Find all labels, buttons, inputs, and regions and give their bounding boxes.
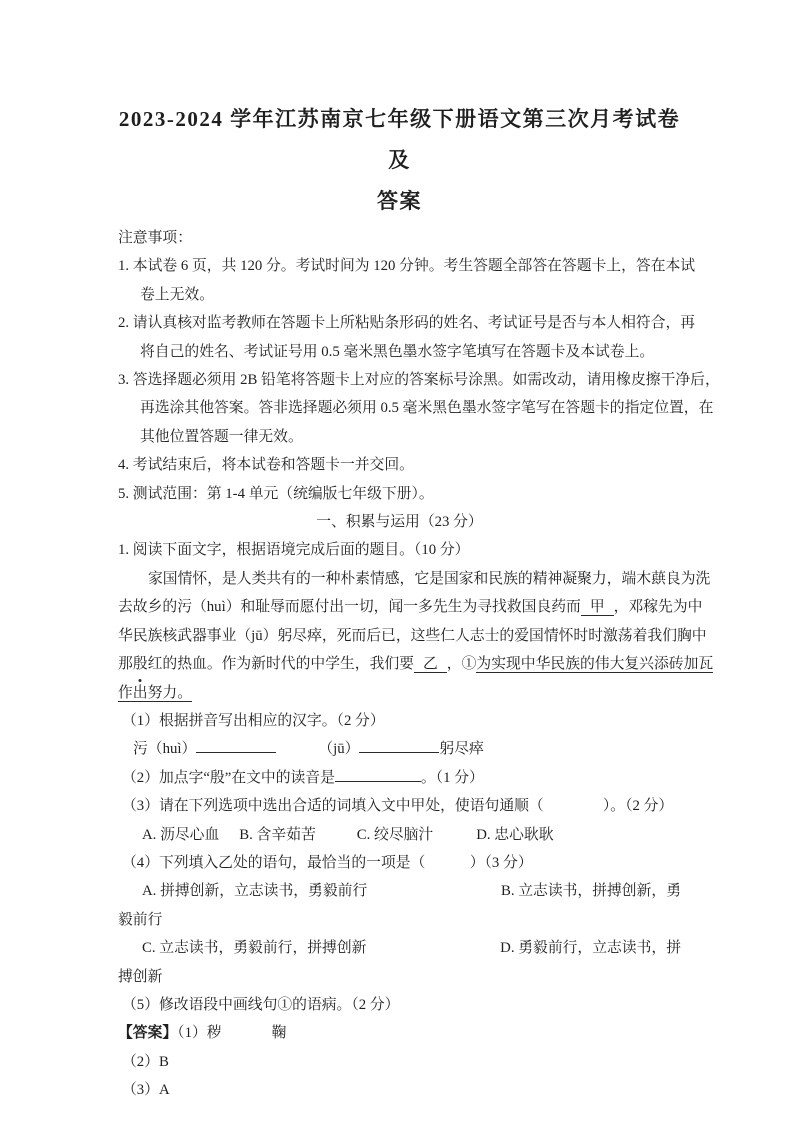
passage-line-3: 华民族核武器事业（jū）躬尽瘁，死而后已，这些仁人志士的爱国情怀时时激荡着我们胸…	[118, 622, 681, 650]
notice-3-line2: 再选涂其他答案。答非选择题必须用 0.5 毫米黑色墨水签字笔写在答题卡的指定位置…	[118, 394, 681, 422]
answer-blank-hui	[196, 738, 276, 753]
notice-4: 4. 考试结束后，将本试卷和答题卡一并交回。	[118, 451, 681, 479]
answer-line-2: （2）B	[118, 1048, 681, 1076]
doc-title: 2023-2024 学年江苏南京七年级下册语文第三次月考试卷及 答案	[118, 99, 681, 222]
option-d: D. 忠心耿耿	[476, 821, 553, 849]
answer-1-part1: （1）秽	[177, 1025, 221, 1041]
passage-line-4: 那殷红的热血。作为新时代的中学生，我们要乙，①为实现中华民族的伟大复兴添砖加瓦	[118, 650, 681, 678]
notice-1-line1: 1. 本试卷 6 页，共 120 分。考试时间为 120 分钟。考生答题全部答在…	[118, 252, 681, 280]
sub-question-3-stem: （3）请在下列选项中选出合适的词填入文中甲处，使语句通顺（ ）。（2 分）	[118, 792, 681, 820]
notice-1-line2: 卷上无效。	[118, 281, 681, 309]
option-c: C. 立志读书，勇毅前行，拼搏创新	[118, 934, 366, 962]
underlined-sentence-part2: 作出努力。	[118, 685, 192, 702]
sub-question-3-options: A. 沥尽心血B. 含辛茹苦C. 绞尽脑汁D. 忠心耿耿	[118, 821, 681, 849]
notice-2-line1: 2. 请认真核对监考教师在答题卡上所粘贴条形码的姓名、考试证号是否与本人相符合，…	[118, 309, 681, 337]
gong-jin-cui-label: 躬尽瘁	[439, 741, 483, 757]
answer-blank-pronunciation	[335, 767, 421, 782]
passage-line-2-text: 去故乡的污（huì）和耻辱而愿付出一切，闻一多先生为寻找救国良药而	[118, 599, 581, 615]
answer-blank-ju	[359, 738, 439, 753]
sub-question-1-stem: （1）根据拼音写出相应的汉字。（2 分）	[118, 707, 681, 735]
option-d-line2: 搏创新	[118, 963, 681, 991]
sub-question-1-blanks: 污（huì）（jū）躬尽瘁	[118, 735, 681, 763]
question-1-stem: 1. 阅读下面文字，根据语境完成后面的题目。（10 分）	[118, 536, 681, 564]
section-1-heading: 一、积累与运用（23 分）	[118, 508, 681, 536]
option-c: C. 绞尽脑汁	[357, 821, 433, 849]
notice-3-line1: 3. 答选择题必须用 2B 铅笔将答题卡上对应的答案标号涂黑。如需改动，请用橡皮…	[118, 366, 681, 394]
underlined-sentence-part1: 为实现中华民族的伟大复兴添砖加瓦	[476, 656, 713, 673]
notice-2-line2: 将自己的姓名、考试证号用 0.5 毫米黑色墨水签字笔填写在答题卡及本试卷上。	[118, 338, 681, 366]
passage-line-2: 去故乡的污（huì）和耻辱而愿付出一切，闻一多先生为寻找救国良药而甲，邓稼先为中	[118, 593, 681, 621]
option-b-line2: 毅前行	[118, 906, 681, 934]
passage-line-4-pre: 那	[118, 656, 133, 672]
answer-line-3: （3）A	[118, 1076, 681, 1104]
answer-line-1: 【答案】（1）秽鞠	[118, 1019, 681, 1047]
passage-line-4-mid: 红的热血。作为新时代的中学生，我们要	[148, 656, 414, 672]
sub-question-4-options-row2: C. 立志读书，勇毅前行，拼搏创新 D. 勇毅前行，立志读书，拼	[118, 934, 681, 962]
pinyin-ju-label: （jū）	[318, 741, 359, 757]
doc-title-line1: 2023-2024 学年江苏南京七年级下册语文第三次月考试卷及	[118, 99, 681, 181]
option-a: A. 拼搏创新，立志读书，勇毅前行	[118, 877, 367, 905]
notice-5: 5. 测试范围：第 1-4 单元（统编版七年级下册）。	[118, 480, 681, 508]
exam-paper-page: 2023-2024 学年江苏南京七年级下册语文第三次月考试卷及 答案 注意事项：…	[0, 0, 793, 1122]
option-b-line1: B. 立志读书，拼搏创新，勇	[501, 877, 681, 905]
sub-question-4-stem: （4）下列填入乙处的语句，最恰当的一项是（ ）（3 分）	[118, 849, 681, 877]
blank-yi-underlined: 乙	[414, 656, 447, 673]
emphasized-char-yin: 殷	[133, 650, 148, 678]
sub-question-4-options-row1: A. 拼搏创新，立志读书，勇毅前行 B. 立志读书，拼搏创新，勇	[118, 877, 681, 905]
sub-question-2-post: 。（1 分）	[421, 770, 484, 786]
doc-title-line2: 答案	[118, 181, 681, 222]
answer-label: 【答案】	[118, 1025, 177, 1041]
answer-1-part2: 鞠	[272, 1025, 287, 1041]
notices-heading: 注意事项：	[118, 224, 681, 252]
option-a: A. 沥尽心血	[142, 821, 219, 849]
pinyin-hui-label: 污（huì）	[133, 741, 196, 757]
option-d-line1: D. 勇毅前行，立志读书，拼	[500, 934, 681, 962]
sub-question-5-stem: （5）修改语段中画线句①的语病。（2 分）	[118, 991, 681, 1019]
passage-line-1: 家国情怀，是人类共有的一种朴素情感，它是国家和民族的精神凝聚力，端木蕻良为洗	[118, 565, 681, 593]
option-b: B. 含辛茹苦	[239, 821, 315, 849]
notice-3-line3: 其他位置答题一律无效。	[118, 423, 681, 451]
sub-question-2-pre: （2）加点字“殷”在文中的读音是	[122, 770, 335, 786]
passage-line-5: 作出努力。	[118, 679, 681, 707]
passage-line-2-tail: ，邓稼先为中	[614, 599, 703, 615]
blank-jia-underlined: 甲	[581, 599, 614, 616]
passage-line-4-circled-one: ，①	[447, 656, 477, 672]
sub-question-2: （2）加点字“殷”在文中的读音是。（1 分）	[118, 764, 681, 792]
